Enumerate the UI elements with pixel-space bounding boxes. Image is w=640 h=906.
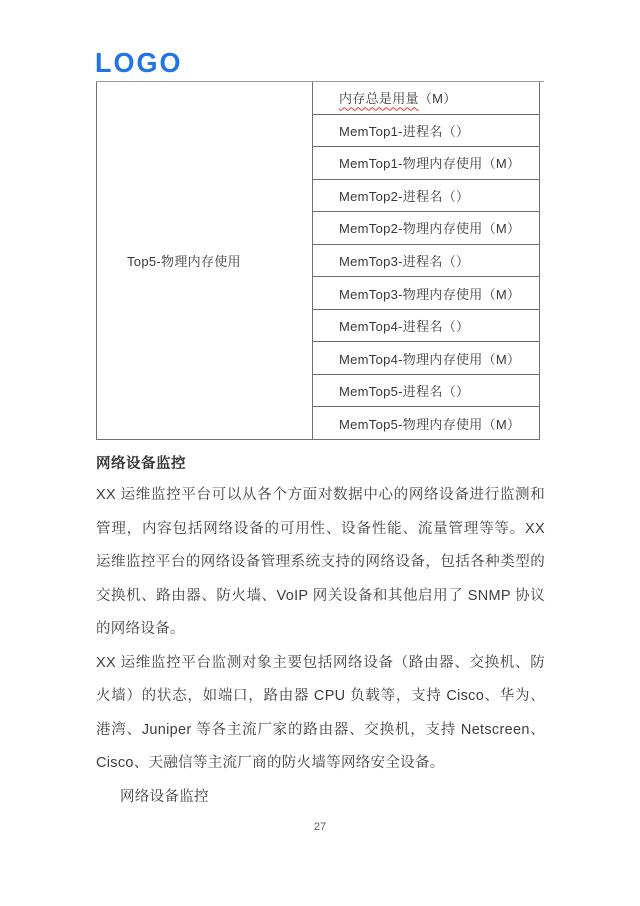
table-row: MemTop4-物理内存使用（M） [313, 342, 539, 375]
table-rowspan-cell: Top5-物理内存使用 [97, 82, 313, 439]
table-row: MemTop4-进程名（） [313, 310, 539, 343]
body-content: 网络设备监控 XX 运维监控平台可以从各个方面对数据中心的网络设备进行监测和管理… [96, 452, 545, 814]
table-row: MemTop1-物理内存使用（M） [313, 147, 539, 180]
table-row: MemTop2-物理内存使用（M） [313, 212, 539, 245]
company-logo: LOGO [95, 48, 183, 79]
paragraph: 网络设备监控 [96, 781, 545, 815]
table-row: MemTop3-物理内存使用（M） [313, 277, 539, 310]
table-row: MemTop5-进程名（） [313, 375, 539, 408]
page-number: 27 [0, 821, 640, 833]
table-row: MemTop5-物理内存使用（M） [313, 407, 539, 439]
memory-top5-table: Top5-物理内存使用 内存总是用量（M） MemTop1-进程名（） MemT… [96, 82, 540, 440]
table-row: 内存总是用量（M） [313, 82, 539, 115]
paragraph: XX 运维监控平台监测对象主要包括网络设备（路由器、交换机、防火墙）的状态，如端… [96, 647, 545, 781]
table-row-text: （M） [419, 88, 457, 107]
spellchecked-text: 内存总是用量 [339, 88, 419, 107]
table-row: MemTop3-进程名（） [313, 245, 539, 278]
section-heading: 网络设备监控 [96, 452, 545, 476]
table-metric-column: 内存总是用量（M） MemTop1-进程名（） MemTop1-物理内存使用（M… [313, 82, 539, 439]
document-page: LOGO Top5-物理内存使用 内存总是用量（M） MemTop1-进程名（）… [0, 0, 640, 906]
paragraph: XX 运维监控平台可以从各个方面对数据中心的网络设备进行监测和管理，内容包括网络… [96, 479, 545, 647]
table-row: MemTop2-进程名（） [313, 180, 539, 213]
table-row: MemTop1-进程名（） [313, 115, 539, 148]
